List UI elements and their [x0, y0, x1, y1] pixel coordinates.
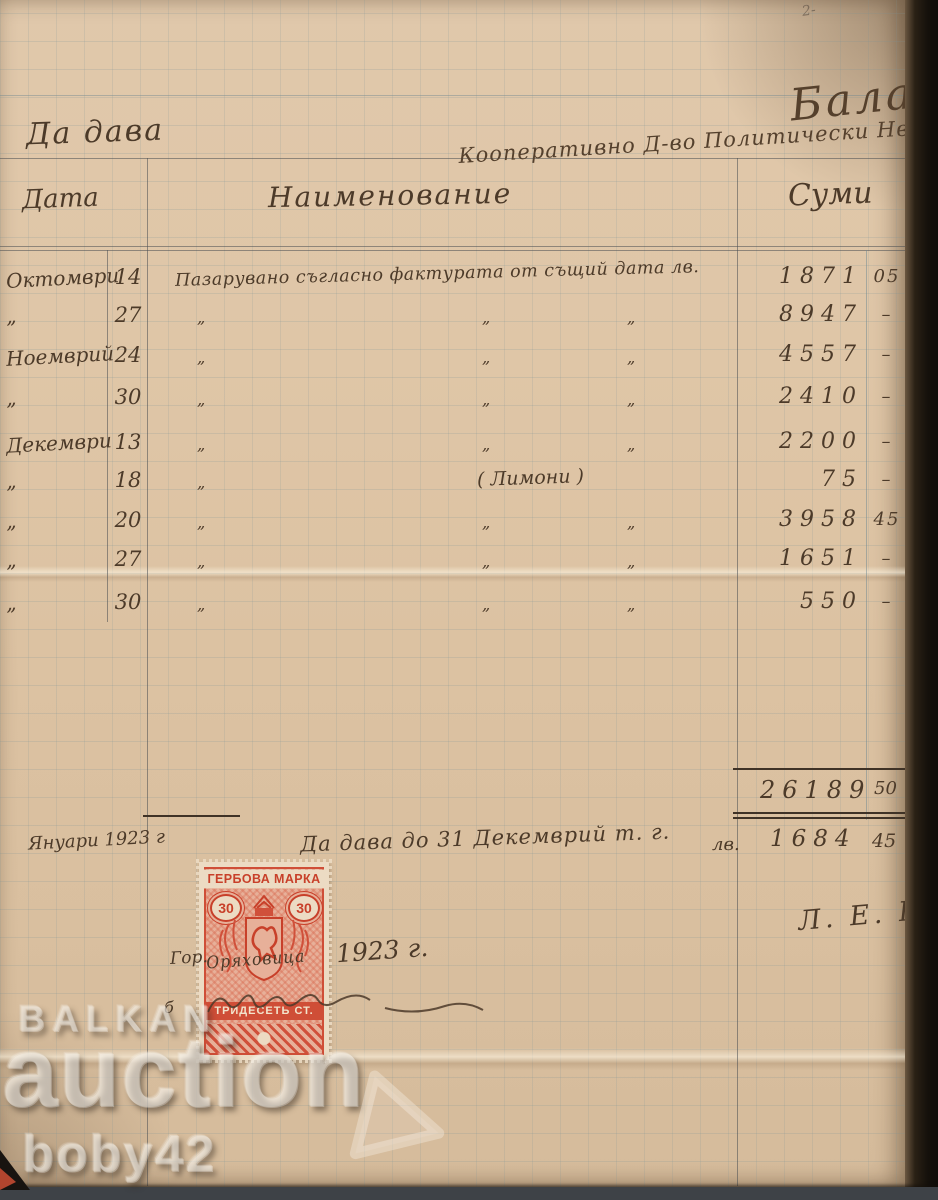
row-amount-leva: 4557: [737, 342, 863, 367]
row-amount-stotinki: –: [866, 386, 908, 407]
ditto-mark: „: [197, 435, 205, 454]
rule: [0, 158, 908, 159]
row-amount-stotinki: –: [866, 431, 908, 452]
row-description: „„„: [147, 505, 737, 545]
ditto-mark: „: [197, 595, 205, 614]
table-row: „ 30 „„„ 2410 –: [0, 382, 908, 422]
ditto-mark: „: [482, 595, 490, 614]
rule: [0, 246, 908, 247]
row-amount-stotinki: 45: [866, 509, 908, 530]
column-header-date: Дата: [22, 185, 100, 214]
row-month: „: [5, 469, 17, 494]
ditto-mark: „: [627, 390, 635, 409]
row-description: „„„: [147, 587, 737, 627]
stamp-title: ГЕРБОВА МАРКА: [204, 870, 324, 889]
total-stotinki: 50: [874, 780, 897, 798]
row-amount-leva: 2410: [737, 384, 863, 409]
watermark-boby42: boby42: [22, 1128, 216, 1180]
row-day: 30: [108, 385, 148, 409]
row-month: „: [5, 591, 17, 616]
row-description: „„„: [147, 544, 737, 584]
annotation-town-prefix: Гор.: [170, 949, 209, 968]
row-description: „( Лимони ): [147, 465, 737, 505]
row-amount-stotinki: 05: [866, 266, 908, 287]
ditto-mark: „: [627, 513, 635, 532]
table-row: „ 27 „„„ 1651 –: [0, 544, 908, 584]
row-day: 24: [108, 343, 148, 367]
ditto-mark: „: [197, 552, 205, 571]
row-day: 20: [108, 508, 148, 532]
photographed-document: 2- Бала Да дава Кооперативно Д-во Полити…: [0, 0, 938, 1200]
row-month: Ноемврий: [5, 341, 114, 371]
row-day: 18: [108, 468, 148, 492]
ditto-mark: „: [197, 513, 205, 532]
table-row: „ 27 „„„ 8947 –: [0, 300, 908, 340]
row-amount-leva: 2200: [737, 429, 863, 454]
row-amount-leva: 3958: [737, 507, 863, 532]
row-month: „: [5, 509, 17, 534]
ditto-mark: „: [482, 308, 490, 327]
ditto-mark: „: [627, 348, 635, 367]
ditto-mark: „: [627, 595, 635, 614]
row-amount-leva: 1871: [737, 264, 863, 289]
row-amount-stotinki: –: [866, 469, 908, 490]
row-day: 27: [108, 303, 148, 327]
ditto-mark: „: [482, 513, 490, 532]
row-day: 27: [108, 547, 148, 571]
ditto-mark: „: [627, 435, 635, 454]
row-description: „„„: [147, 382, 737, 422]
ditto-mark: „: [482, 435, 490, 454]
row-amount-stotinki: –: [866, 548, 908, 569]
row-amount-stotinki: –: [866, 591, 908, 612]
row-month: „: [5, 386, 17, 411]
row-amount-stotinki: –: [866, 304, 908, 325]
row-month: Октомври: [5, 263, 119, 293]
row-amount-leva: 1651: [737, 546, 863, 571]
watermark-auction: auction: [2, 1022, 365, 1122]
row-description: „„„: [147, 340, 737, 380]
ditto-mark: „: [197, 473, 205, 492]
row-note: ( Лимони ): [477, 465, 585, 491]
row-day: 30: [108, 590, 148, 614]
photo-edge-right: [905, 0, 938, 1200]
short-rule: [143, 815, 240, 817]
rule: [0, 250, 908, 251]
ditto-mark: „: [627, 552, 635, 571]
row-day: 14: [108, 265, 148, 289]
ditto-mark: „: [627, 308, 635, 327]
table-row: „ 30 „„„ 550 –: [0, 587, 908, 627]
column-header-description: Наименование: [268, 180, 513, 212]
row-month: „: [5, 548, 17, 573]
photo-edge-bottom: [0, 1187, 938, 1200]
carry-leva: 1684: [770, 828, 857, 851]
rule: [0, 95, 908, 96]
ditto-mark: „: [197, 390, 205, 409]
column-header-sum: Суми: [788, 179, 874, 212]
row-month: „: [5, 304, 17, 329]
row-month: Декември: [5, 428, 112, 458]
row-description-text: Пазарувано съгласно фактурата от същий д…: [175, 257, 700, 291]
currency-label: лв.: [712, 836, 740, 854]
debit-heading: Да дава: [26, 116, 165, 151]
row-amount-leva: 550: [737, 589, 863, 614]
total-leva: 26189: [760, 778, 871, 802]
table-row: Декември 13 „„„ 2200 –: [0, 427, 908, 467]
row-amount-stotinki: –: [866, 344, 908, 365]
ditto-mark: „: [197, 308, 205, 327]
pencil-note: 2-: [801, 3, 816, 19]
table-row: Ноемврий 24 „„„ 4557 –: [0, 340, 908, 380]
row-description: „„„: [147, 300, 737, 340]
ditto-mark: „: [482, 552, 490, 571]
ditto-mark: „: [482, 390, 490, 409]
total-rule-top: [733, 768, 919, 770]
row-day: 13: [108, 430, 148, 454]
table-row: „ 20 „„„ 3958 45: [0, 505, 908, 545]
torn-corner-accent: [0, 1168, 16, 1190]
ditto-mark: „: [482, 348, 490, 367]
table-row: „ 18 „( Лимони ) 75 –: [0, 465, 908, 505]
carry-stotinki: 45: [872, 832, 896, 851]
row-amount-leva: 8947: [737, 302, 863, 327]
annotation-year: 1923 г.: [335, 935, 429, 966]
table-row: Октомври 14 Пазарувано съгласно фактурат…: [0, 262, 908, 302]
row-description: Пазарувано съгласно фактурата от същий д…: [147, 262, 737, 302]
ditto-mark: „: [197, 348, 205, 367]
row-description: „„„: [147, 427, 737, 467]
row-amount-leva: 75: [737, 467, 863, 492]
